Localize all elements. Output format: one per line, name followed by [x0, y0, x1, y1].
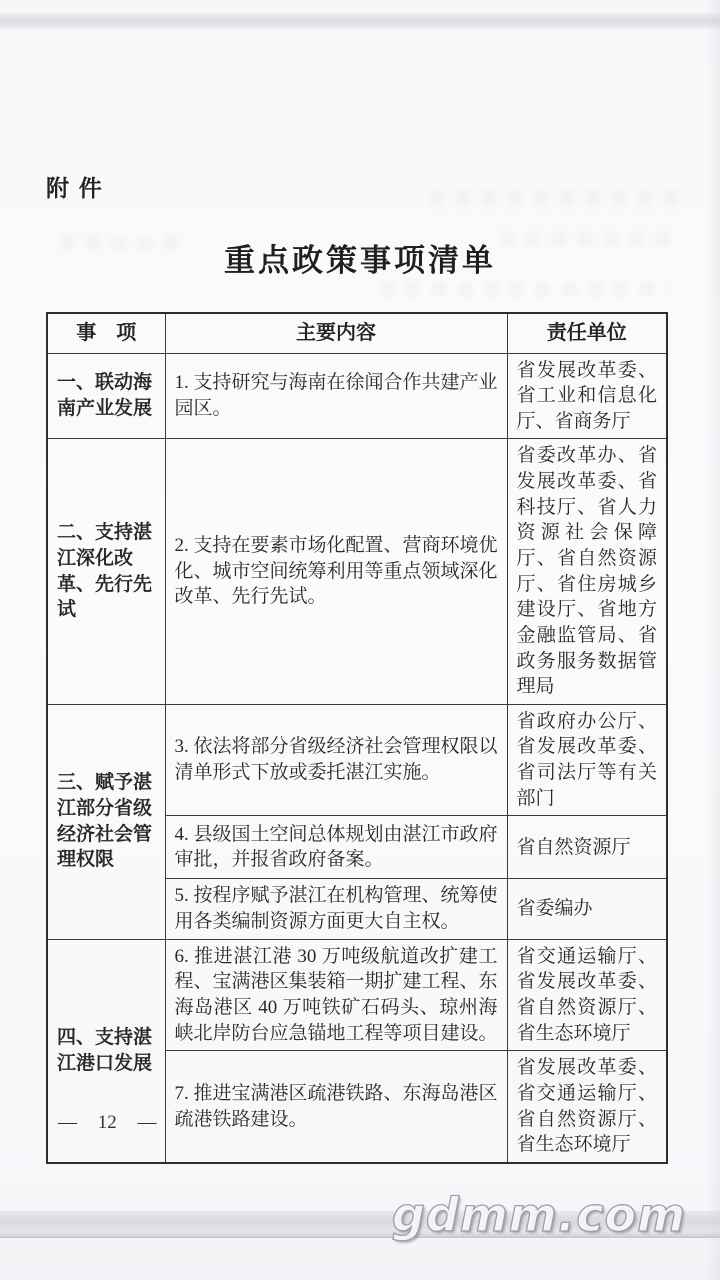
units-cell-5: 省委编办 [507, 879, 667, 939]
table-row: 三、赋予湛江部分省级经济社会管理权限 3. 依法将部分省级经济社会管理权限以清单… [47, 704, 667, 816]
content-cell-1: 1. 支持研究与海南在徐闻合作共建产业园区。 [165, 353, 507, 439]
policy-items-table: 事 项 主要内容 责任单位 一、联动海南产业发展 1. 支持研究与海南在徐闻合作… [46, 312, 668, 1164]
units-cell-1: 省发展改革委、省工业和信息化厅、省商务厅 [507, 353, 667, 439]
item-cell-3: 三、赋予湛江部分省级经济社会管理权限 [47, 704, 165, 939]
watermark: gdmm.com [392, 1188, 686, 1242]
page-number: — 12 — [58, 1112, 157, 1134]
table-row: 四、支持湛江港口发展 6. 推进湛江港 30 万吨级航道改扩建工程、宝满港区集装… [47, 939, 667, 1051]
column-header-item: 事 项 [47, 313, 165, 353]
column-header-content: 主要内容 [165, 313, 507, 353]
units-cell-3: 省政府办公厅、省发展改革委、省司法厅等有关部门 [507, 704, 667, 816]
ink-bleed-texture [380, 282, 670, 296]
table-row: 一、联动海南产业发展 1. 支持研究与海南在徐闻合作共建产业园区。 省发展改革委… [47, 353, 667, 439]
table-row: 二、支持湛江深化改革、先行先试 2. 支持在要素市场化配置、营商环境优化、城市空… [47, 439, 667, 704]
units-cell-7: 省发展改革委、省交通运输厅、省自然资源厅、省生态环境厅 [507, 1051, 667, 1163]
units-cell-6: 省交通运输厅、省发展改革委、省自然资源厅、省生态环境厅 [507, 939, 667, 1051]
content-cell-6: 6. 推进湛江港 30 万吨级航道改扩建工程、宝满港区集装箱一期扩建工程、东海岛… [165, 939, 507, 1051]
attachment-label: 附 件 [46, 170, 104, 203]
units-cell-2: 省委改革办、省发展改革委、省科技厅、省人力资源社会保障厅、省自然资源厅、省住房城… [507, 439, 667, 704]
content-cell-2: 2. 支持在要素市场化配置、营商环境优化、城市空间统筹利用等重点领域深化改革、先… [165, 439, 507, 704]
content-cell-4: 4. 县级国土空间总体规划由湛江市政府审批，并报省政府备案。 [165, 816, 507, 879]
ink-bleed-texture [430, 190, 680, 206]
content-cell-3: 3. 依法将部分省级经济社会管理权限以清单形式下放或委托湛江实施。 [165, 704, 507, 816]
content-cell-5: 5. 按程序赋予湛江在机构管理、统筹使用各类编制资源方面更大自主权。 [165, 879, 507, 939]
content-cell-7: 7. 推进宝满港区疏港铁路、东海岛港区疏港铁路建设。 [165, 1051, 507, 1163]
units-cell-4: 省自然资源厅 [507, 816, 667, 879]
page-fold-band-top [0, 13, 720, 29]
table-header-row: 事 项 主要内容 责任单位 [47, 313, 667, 353]
page-title: 重点政策事项清单 [0, 235, 720, 280]
item-cell-1: 一、联动海南产业发展 [47, 353, 165, 439]
item-cell-2: 二、支持湛江深化改革、先行先试 [47, 439, 165, 704]
scan-edge-shadow [706, 0, 720, 1280]
column-header-units: 责任单位 [507, 313, 667, 353]
